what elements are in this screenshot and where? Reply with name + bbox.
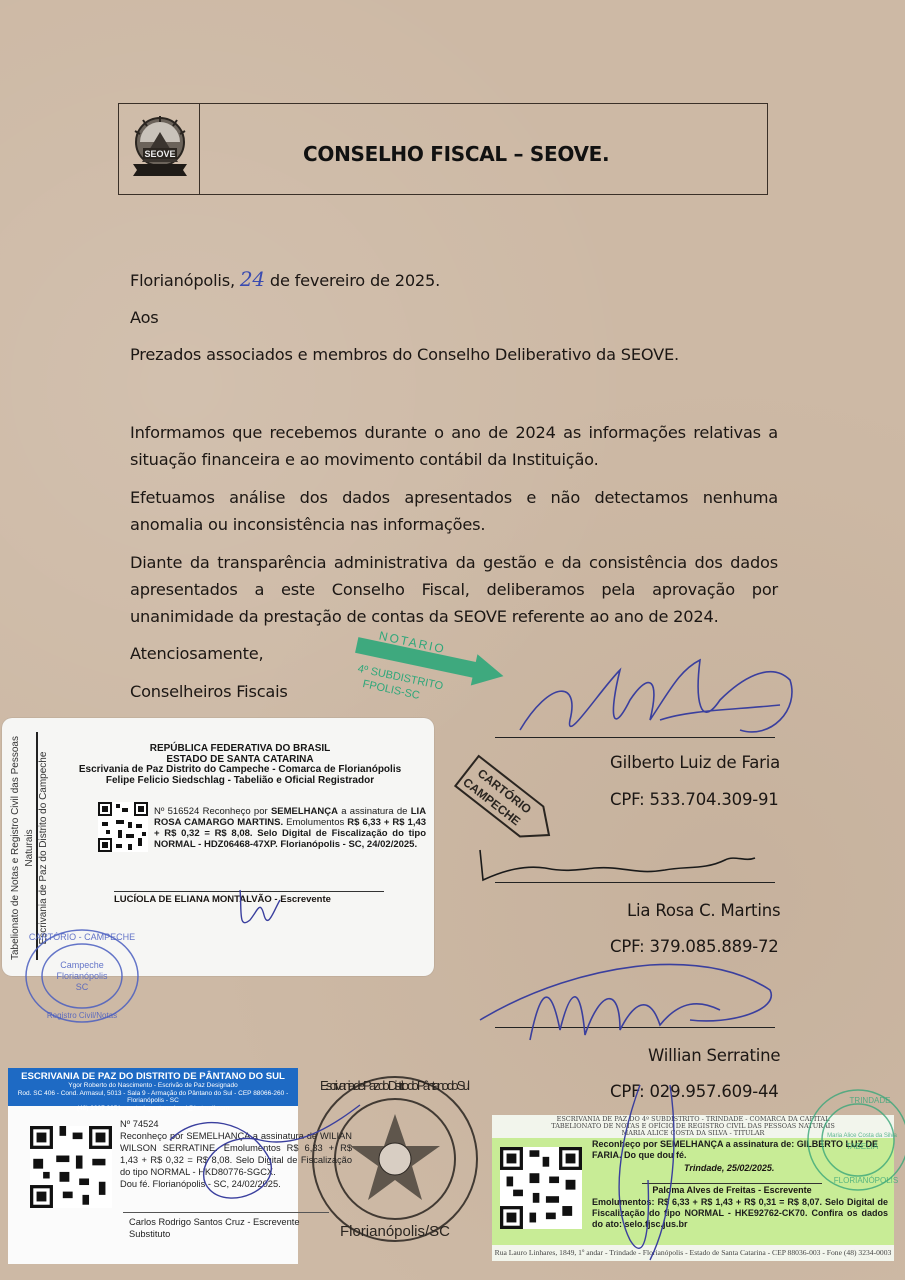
svg-text:Campeche: Campeche (60, 960, 104, 970)
paragraph-2: Efetuamos análise dos dados apresentados… (130, 484, 778, 538)
rubric-campeche-icon (230, 880, 290, 940)
logo-cell: SEOVE (119, 104, 200, 194)
rubric-trindade-icon (590, 1080, 710, 1270)
document-title: CONSELHO FISCAL – SEOVE. (303, 142, 609, 166)
paragraph-1: Informamos que recebemos durante o ano d… (130, 419, 778, 473)
signatory-2-name: Lia Rosa C. Martins (627, 901, 780, 920)
date-suffix: de fevereiro de 2025. (270, 271, 440, 290)
handwritten-day: 24 (240, 267, 265, 291)
signatory-1-name: Gilberto Luiz de Faria (610, 753, 780, 772)
svg-text:FLORIANÓPOLIS: FLORIANÓPOLIS (834, 1176, 898, 1185)
qr-code-icon (30, 1126, 112, 1208)
svg-text:CARTÓRIO - CAMPECHE: CARTÓRIO - CAMPECHE (29, 932, 135, 942)
signatory-1-cpf: CPF: 533.704.309-91 (610, 790, 779, 809)
svg-text:SEOVE: SEOVE (144, 149, 175, 159)
trindade-round-stamp: TRINDADE Maria Alice Costa da Silva TABE… (800, 1085, 905, 1195)
signatory-3-name: Willian Serratine (648, 1046, 780, 1065)
svg-text:Registro Civil/Notas: Registro Civil/Notas (47, 1011, 117, 1020)
rubric-pantano-icon (150, 1100, 370, 1230)
date-prefix: Florianópolis, (130, 271, 235, 290)
label-body: Nº 516524 Reconheço por SEMELHANÇA a ass… (154, 806, 426, 850)
svg-text:Maria Alice Costa da Silva: Maria Alice Costa da Silva (827, 1133, 897, 1139)
qr-code-icon (98, 802, 148, 852)
paragraph-3: Diante da transparência administrativa d… (130, 549, 778, 630)
svg-text:TABELIÃ: TABELIÃ (846, 1142, 879, 1151)
svg-text:Escrivania de Paz do Distrito: Escrivania de Paz do Distrito do Pântano… (320, 1078, 470, 1093)
notario-stamp: NOTARIO 4º SUBDISTRITO FPOLIS-SC (350, 645, 510, 725)
campeche-round-stamp: CARTÓRIO - CAMPECHE Campeche Florianópol… (22, 926, 142, 1026)
signature-lia-icon (475, 840, 775, 890)
signature-willian-icon (470, 950, 790, 1060)
qr-code-icon (500, 1147, 582, 1229)
svg-text:SC: SC (76, 982, 89, 992)
recipients: Prezados associados e membros do Conselh… (130, 341, 778, 368)
seove-logo-icon: SEOVE (131, 114, 189, 180)
svg-text:Florianópolis: Florianópolis (56, 971, 108, 981)
letterhead: SEOVE CONSELHO FISCAL – SEOVE. (118, 103, 768, 195)
svg-text:TRINDADE: TRINDADE (850, 1096, 891, 1105)
signature-gilberto-icon (510, 650, 800, 760)
salutation: Aos (130, 304, 778, 331)
label-header: REPÚBLICA FEDERATIVA DO BRASIL ESTADO DE… (50, 744, 430, 786)
date-line: Florianópolis, 24 de fevereiro de 2025. (130, 266, 778, 294)
